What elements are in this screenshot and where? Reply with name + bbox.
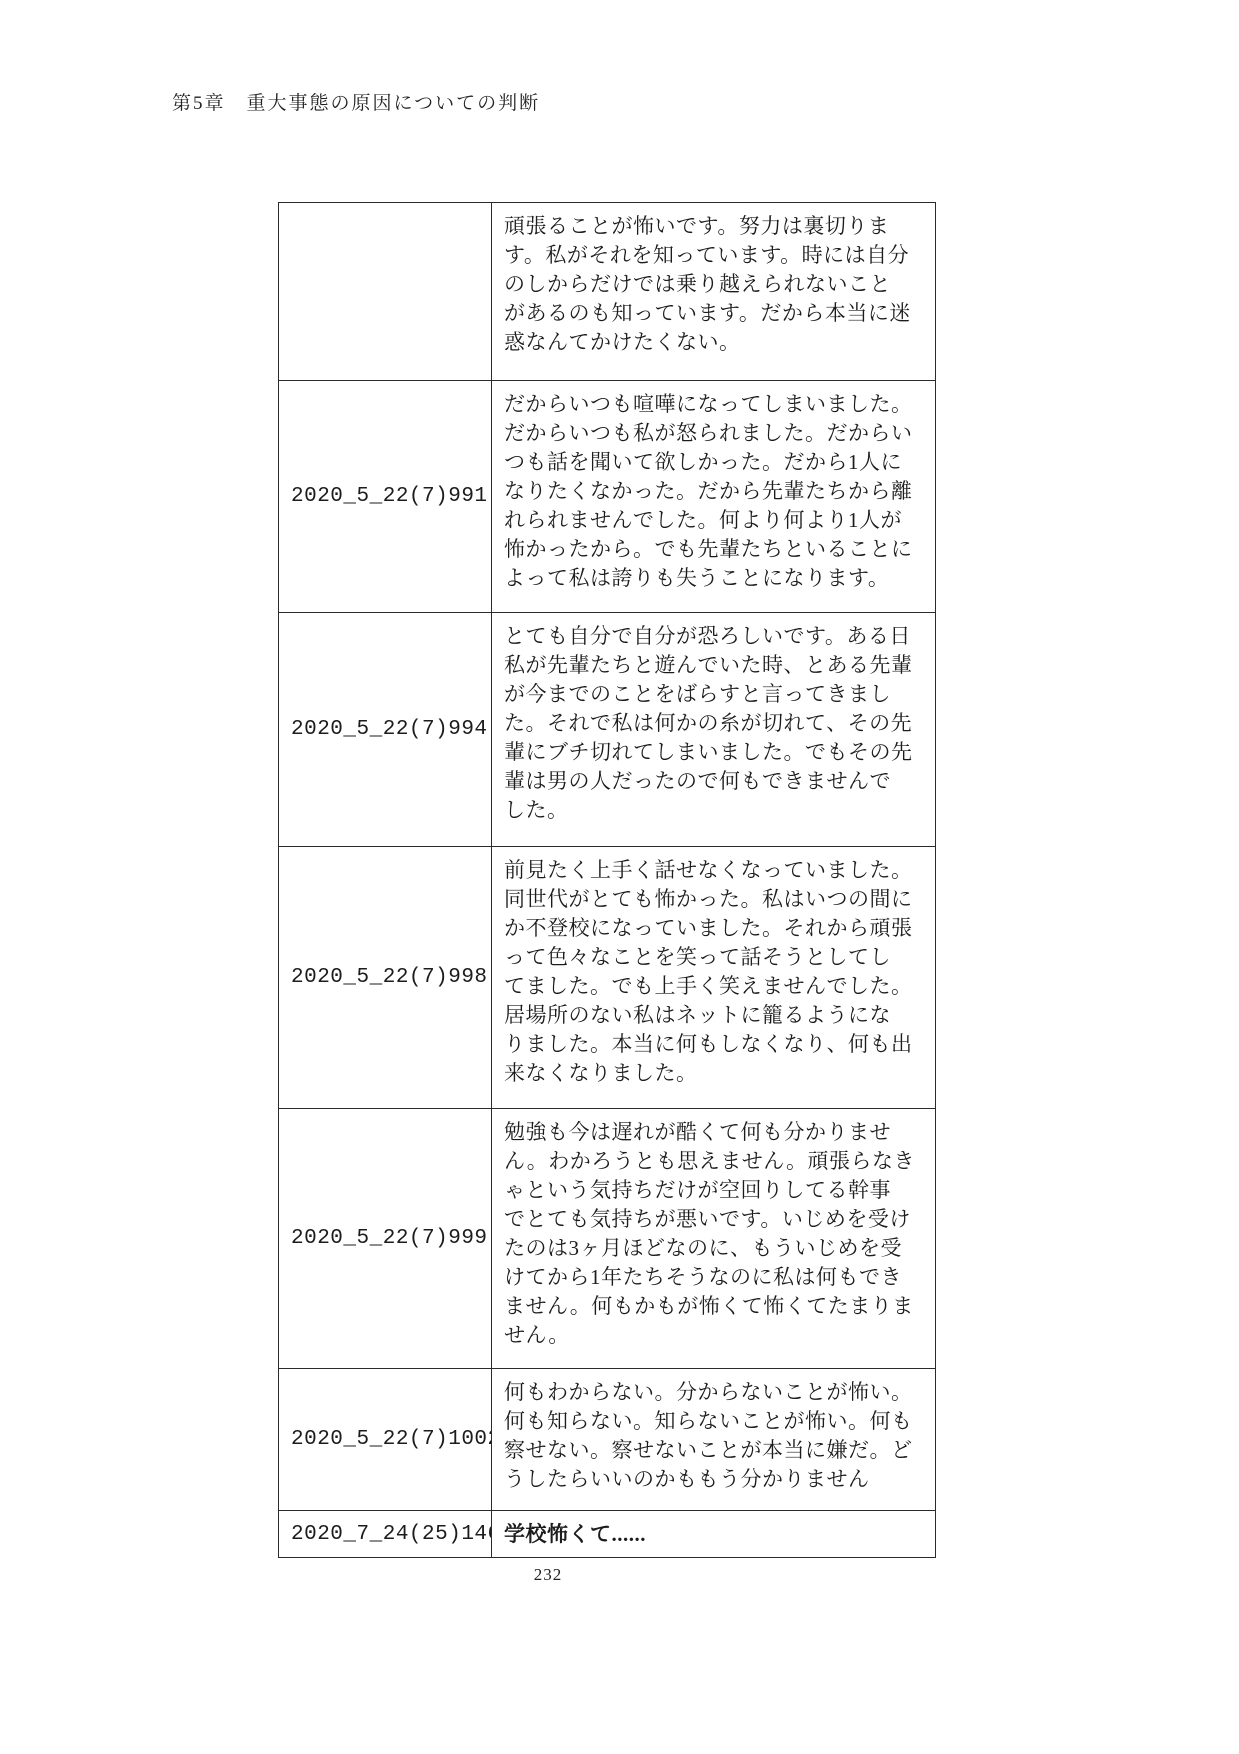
- record-text: とても自分で自分が恐ろしいです。ある日 私が先輩たちと遊んでいた時、とある先輩 …: [492, 613, 936, 847]
- record-text: 学校怖くて......: [492, 1511, 936, 1558]
- table-row: 2020_7_24(25)1465 学校怖くて......: [279, 1511, 936, 1558]
- record-id: 2020_5_22(7)998: [279, 847, 492, 1109]
- document-page: 第5章 重大事態の原因についての判断 頑張ることが怖いです。努力は裏切りま す。…: [0, 0, 1239, 1754]
- record-id: 2020_5_22(7)1002: [279, 1369, 492, 1511]
- table-row: 2020_5_22(7)998 前見たく上手く話せなくなっていました。 同世代が…: [279, 847, 936, 1109]
- record-text: 前見たく上手く話せなくなっていました。 同世代がとても怖かった。私はいつの間に …: [492, 847, 936, 1109]
- table-row: 2020_5_22(7)999 勉強も今は遅れが酷くて何も分かりませ ん。わかろ…: [279, 1109, 936, 1369]
- record-id: 2020_5_22(7)994: [279, 613, 492, 847]
- table-row: 2020_5_22(7)1002 何もわからない。分からないことが怖い。 何も知…: [279, 1369, 936, 1511]
- table-row: 頑張ることが怖いです。努力は裏切りま す。私がそれを知っています。時には自分 の…: [279, 203, 936, 381]
- record-text: だからいつも喧嘩になってしまいました。 だからいつも私が怒られました。だからい …: [492, 381, 936, 613]
- record-text: 勉強も今は遅れが酷くて何も分かりませ ん。わかろうとも思えません。頑張らなき ゃ…: [492, 1109, 936, 1369]
- table-row: 2020_5_22(7)994 とても自分で自分が恐ろしいです。ある日 私が先輩…: [279, 613, 936, 847]
- record-id: 2020_5_22(7)991: [279, 381, 492, 613]
- record-id: 2020_5_22(7)999: [279, 1109, 492, 1369]
- record-id: [279, 203, 492, 381]
- table-row: 2020_5_22(7)991 だからいつも喧嘩になってしまいました。 だからい…: [279, 381, 936, 613]
- chapter-header: 第5章 重大事態の原因についての判断: [172, 88, 540, 115]
- statements-table: 頑張ることが怖いです。努力は裏切りま す。私がそれを知っています。時には自分 の…: [278, 202, 936, 1558]
- record-text: 何もわからない。分からないことが怖い。 何も知らない。知らないことが怖い。何も …: [492, 1369, 936, 1511]
- page-number: 232: [0, 1565, 1096, 1585]
- record-id: 2020_7_24(25)1465: [279, 1511, 492, 1558]
- record-text: 頑張ることが怖いです。努力は裏切りま す。私がそれを知っています。時には自分 の…: [492, 203, 936, 381]
